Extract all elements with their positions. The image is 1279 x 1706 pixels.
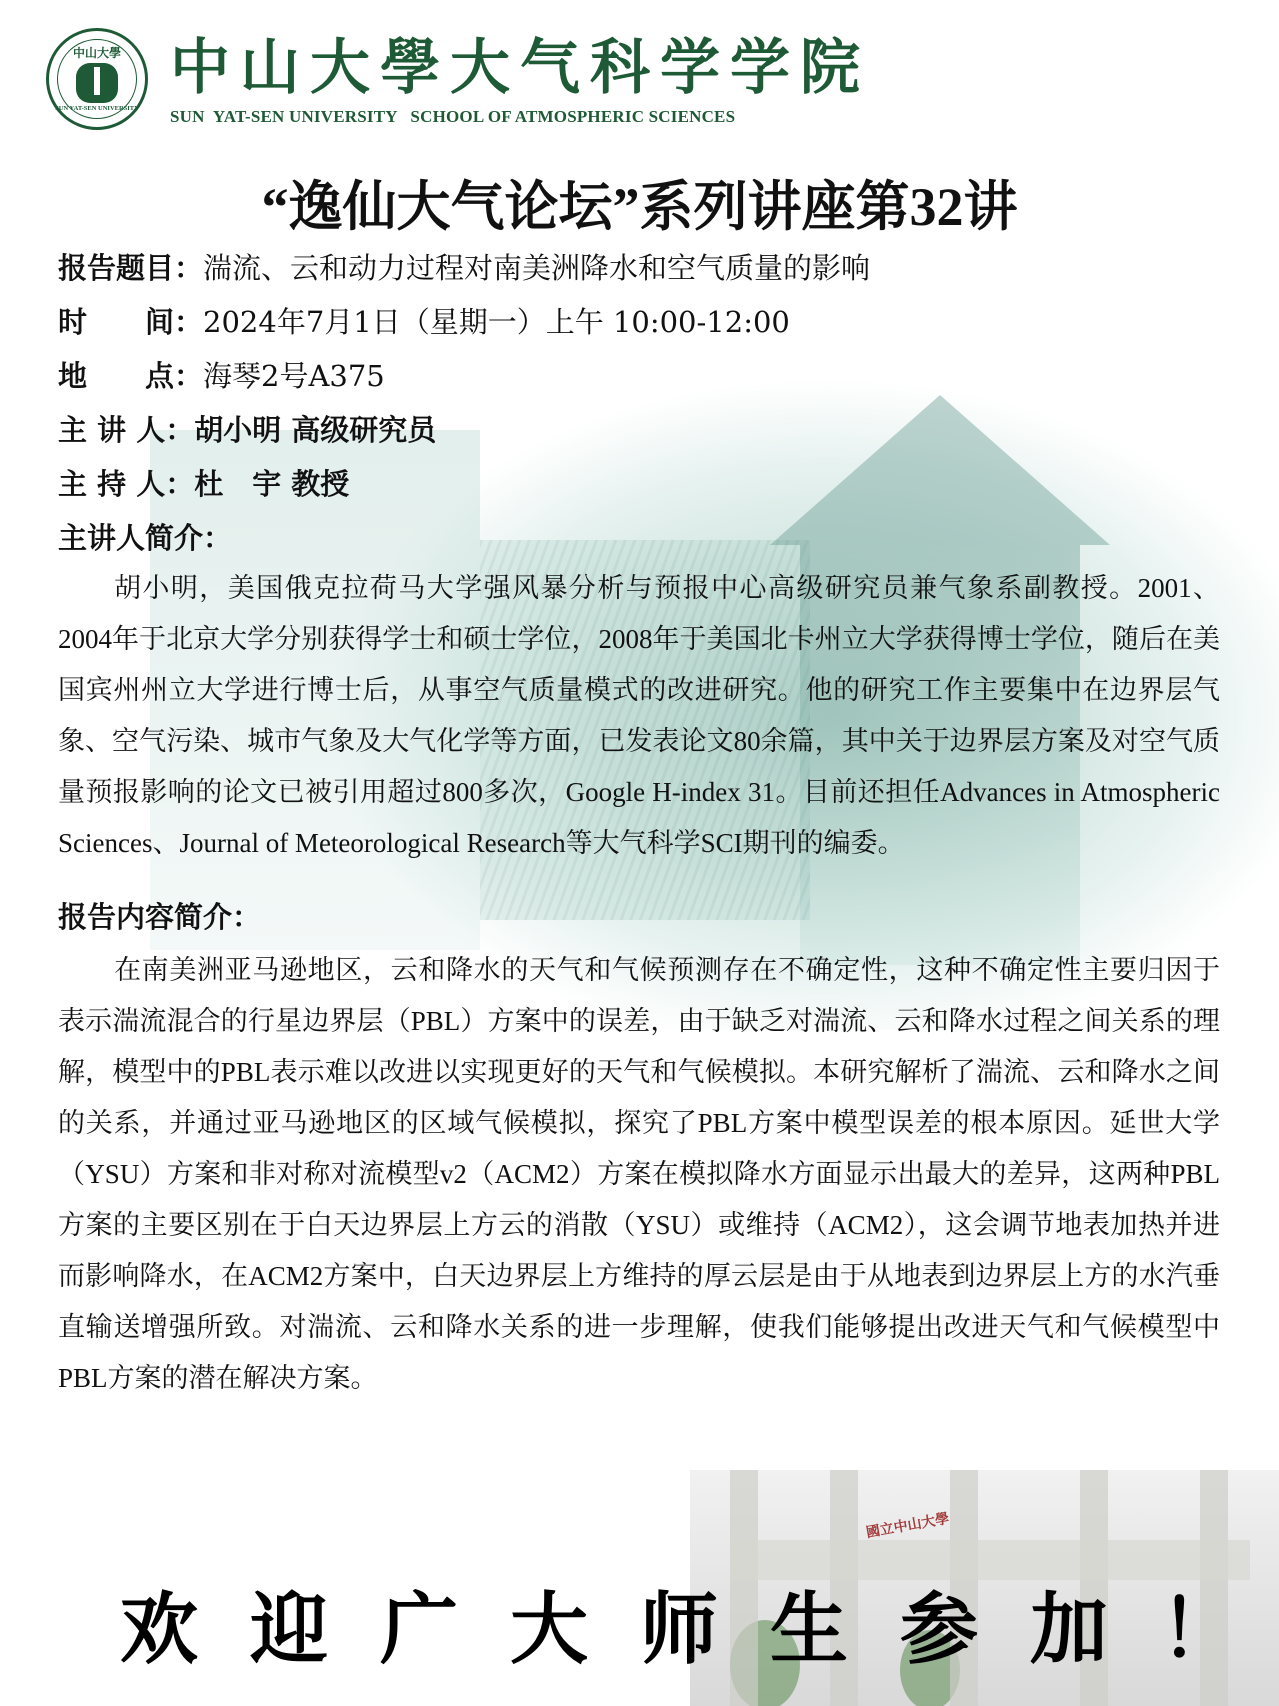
gate-beam: [730, 1540, 1250, 1580]
info-host-value: 杜 宇 教授: [194, 464, 349, 504]
info-place: 地 点：海琴2号A375: [58, 356, 385, 396]
school-name-cn: 中山大學大气科学学院: [170, 32, 870, 104]
info-topic-value: 湍流、云和动力过程对南美洲降水和空气质量的影响: [203, 248, 870, 288]
school-name-en: SUN YAT-SEN UNIVERSITY SCHOOL OF ATMOSPH…: [170, 107, 735, 127]
speaker-bio-text: 胡小明，美国俄克拉荷马大学强风暴分析与预报中心高级研究员兼气象系副教授。2001…: [58, 563, 1220, 869]
series-title: “逸仙大气论坛”系列讲座第32讲: [0, 172, 1279, 242]
info-topic-label: 报告题目：: [58, 248, 203, 288]
info-speaker-label: 主 讲 人：: [58, 410, 194, 450]
info-speaker-value: 胡小明 高级研究员: [194, 410, 436, 450]
welcome-banner: 欢迎广大师生参加！: [120, 1580, 1279, 1680]
info-time-label: 时 间：: [58, 302, 203, 342]
logo-bottom-text: SUN YAT-SEN UNIVERSITY: [49, 105, 145, 112]
logo-tower-icon: [94, 67, 100, 95]
info-time-value: 2024年7月1日（星期一）上午 10:00-12:00: [203, 302, 790, 342]
background-building-gable: [770, 395, 1110, 545]
abstract-heading: 报告内容简介：: [58, 897, 261, 937]
info-place-value: 海琴2号A375: [203, 356, 385, 396]
info-topic: 报告题目：湍流、云和动力过程对南美洲降水和空气质量的影响: [58, 248, 870, 288]
speaker-bio-heading: 主讲人简介：: [58, 518, 232, 558]
logo-top-text: 中山大學: [49, 44, 145, 61]
info-host-label: 主 持 人：: [58, 464, 194, 504]
info-place-label: 地 点：: [58, 356, 203, 396]
info-speaker: 主 讲 人：胡小明 高级研究员: [58, 410, 436, 450]
university-logo: 中山大學 SUN YAT-SEN UNIVERSITY: [46, 28, 148, 130]
info-host: 主 持 人：杜 宇 教授: [58, 464, 349, 504]
abstract-text: 在南美洲亚马逊地区，云和降水的天气和气候预测存在不确定性，这种不确定性主要归因于…: [58, 945, 1220, 1404]
info-time: 时 间：2024年7月1日（星期一）上午 10:00-12:00: [58, 302, 790, 342]
